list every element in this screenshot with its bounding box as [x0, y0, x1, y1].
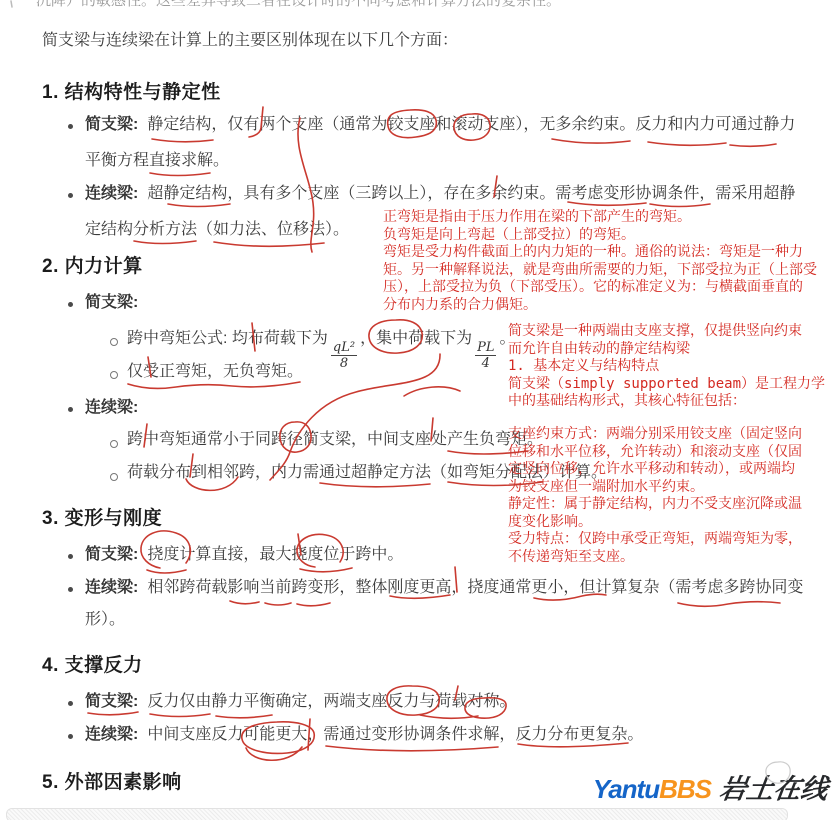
bullet-dot: [68, 193, 73, 198]
sub-bullet-midspan-moment: 跨中弯矩通常小于同跨径简支梁，中间支座处产生负弯矩。: [127, 430, 543, 450]
section-heading-2: 2. 内力计算: [42, 251, 143, 278]
bullet-continuous-beam-1-wrap: 定结构分析方法（如力法、位移法）。: [85, 220, 349, 240]
red-annotation-moment-definition: 正弯矩是指由于压力作用在梁的下部产生的弯矩。 负弯矩是向上弯起（上部受拉）的弯矩…: [383, 209, 835, 314]
bullet-continuous-beam-3-wrap: 形）。: [85, 610, 125, 630]
document-page: 沉降）的敏感性。这些差异导致二者在设计时的不同考虑和计算方法的复杂性。 简支梁与…: [0, 0, 836, 820]
bullet-dot: [68, 554, 73, 559]
sub-bullet-circle: [110, 371, 118, 379]
intro-paragraph: 简支梁与连续梁在计算上的主要区别体现在以下几个方面：: [42, 31, 458, 51]
bullet-dot: [68, 407, 73, 412]
red-annotation-simple-beam-definition: 简支梁是一种两端由支座支撑，仅提供竖向约束 而允许自由转动的静定结构梁 1. 基…: [508, 323, 836, 411]
bottom-hatched-bar: [6, 808, 788, 820]
bullet-text: 挠度计算直接，最大挠度位于跨中。: [147, 546, 403, 563]
bullet-continuous-beam-1: 连续梁:超静定结构，具有多个支座（三跨以上），存在多余约束。需考虑变形协调条件，…: [85, 184, 795, 204]
bullet-text: 静定结构，仅有两个支座（通常为铰支座和滚动支座），无多余约束。反力和内力可通过静…: [147, 116, 795, 133]
bullet-label: 简支梁:: [85, 693, 138, 710]
bullet-simple-beam-4: 简支梁:反力仅由静力平衡确定，两端支座反力与荷载对称。: [85, 692, 515, 712]
clipped-top-text: 沉降）的敏感性。这些差异导致二者在设计时的不同考虑和计算方法的复杂性。: [36, 0, 561, 10]
logo-text-yantu: Yantu: [593, 774, 659, 804]
bullet-dot: [68, 701, 73, 706]
section-heading-4: 4. 支撑反力: [42, 650, 143, 677]
bullet-simple-beam-2: 简支梁:: [85, 293, 147, 313]
bullet-label: 连续梁:: [85, 185, 138, 202]
bullet-continuous-beam-4: 连续梁:中间支座反力可能更大，需通过变形协调条件求解，反力分布更复杂。: [85, 725, 643, 745]
sub-bullet-circle: [110, 473, 118, 481]
fraction-pl-4: PL4: [475, 341, 496, 370]
section-heading-5: 5. 外部因素影响: [42, 767, 182, 794]
bullet-text: 超静定结构，具有多个支座（三跨以上），存在多余约束。需考虑变形协调条件，需采用超…: [147, 185, 795, 202]
bullet-simple-beam-1-wrap: 平衡方程直接求解。: [85, 151, 229, 171]
bullet-text: 相邻跨荷载影响当前跨变形，整体刚度更高，挠度通常更小，但计算复杂（需考虑多跨协同…: [147, 579, 803, 596]
sub-bullet-circle: [110, 440, 118, 448]
bullet-continuous-beam-2: 连续梁:: [85, 398, 147, 418]
logo-text-chinese: 岩土在线: [717, 767, 830, 806]
formula-prefix: 跨中弯矩公式: 均布荷载下为: [127, 330, 328, 347]
bullet-simple-beam-3: 简支梁:挠度计算直接，最大挠度位于跨中。: [85, 545, 403, 565]
fraction-ql2-8: qL²8: [331, 341, 357, 370]
bullet-dot: [68, 302, 73, 307]
bullet-dot: [68, 587, 73, 592]
bullet-simple-beam-1: 简支梁:静定结构，仅有两个支座（通常为铰支座和滚动支座），无多余约束。反力和内力…: [85, 115, 795, 135]
bullet-label: 连续梁:: [85, 399, 138, 416]
bullet-dot: [68, 124, 73, 129]
bullet-label: 连续梁:: [85, 579, 138, 596]
bullet-dot: [68, 734, 73, 739]
bullet-label: 简支梁:: [85, 546, 138, 563]
logo-text-bbs: BBS: [659, 774, 711, 804]
bullet-label: 简支梁:: [85, 116, 138, 133]
bullet-label: 简支梁:: [85, 294, 138, 311]
sub-bullet-circle: [110, 338, 118, 346]
section-heading-1: 1. 结构特性与静定性: [42, 77, 221, 104]
sub-bullet-positive-moment: 仅受正弯矩，无负弯矩。: [127, 362, 303, 382]
section-heading-3: 3. 变形与刚度: [42, 503, 162, 530]
bullet-continuous-beam-3: 连续梁:相邻跨荷载影响当前跨变形，整体刚度更高，挠度通常更小，但计算复杂（需考虑…: [85, 578, 803, 598]
yantubbs-logo: YantuBBS岩土在线: [593, 767, 828, 806]
formula-mid: ，集中荷载下为: [360, 330, 472, 347]
red-annotation-support-constraints: 支座约束方式：两端分别采用铰支座（固定竖向 位移和水平位移，允许转动）和滚动支座…: [508, 426, 836, 566]
bullet-text: 中间支座反力可能更大，需通过变形协调条件求解，反力分布更复杂。: [147, 726, 643, 743]
bullet-text: 反力仅由静力平衡确定，两端支座反力与荷载对称。: [147, 693, 515, 710]
bullet-label: 连续梁:: [85, 726, 138, 743]
